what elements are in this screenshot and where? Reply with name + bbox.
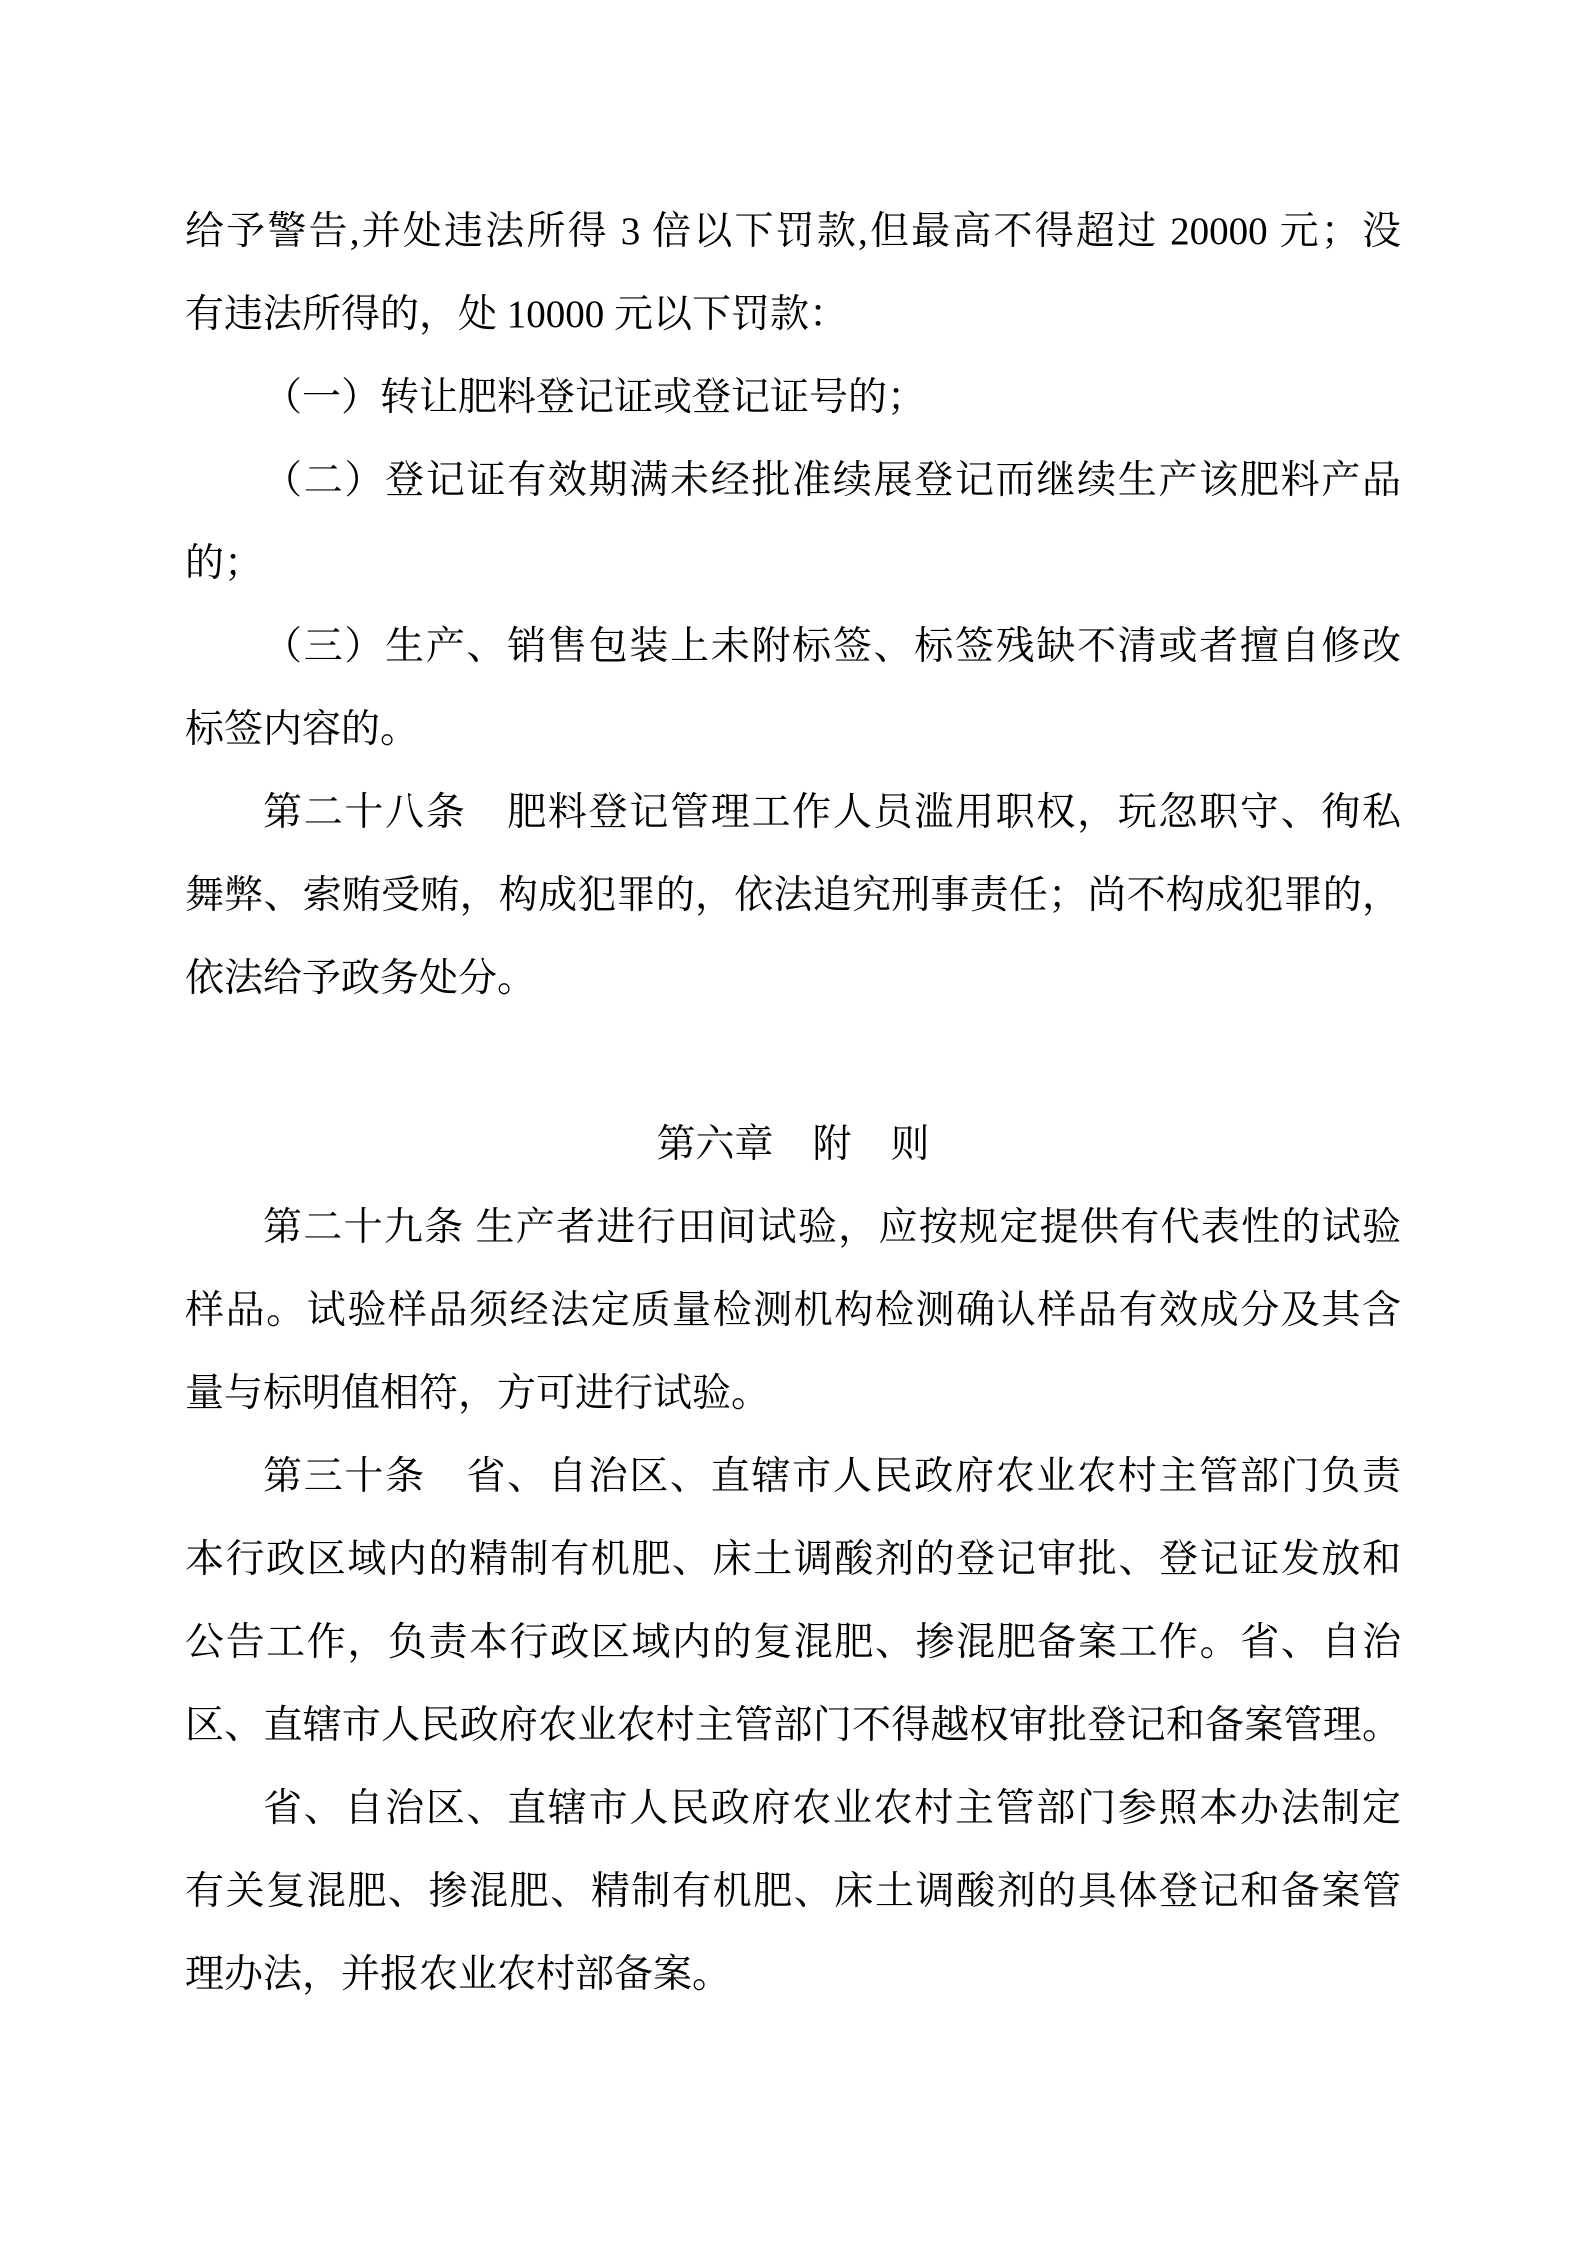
body-line: 区、直辖市人民政府农业农村主管部门不得越权审批登记和备案管理。 [185,1684,1401,1767]
article-28-line: 第二十八条 肥料登记管理工作人员滥用职权，玩忽职守、徇私 [185,771,1401,854]
article-29-line: 第二十九条 生产者进行田间试验，应按规定提供有代表性的试验 [185,1186,1401,1269]
body-line: 公告工作，负责本行政区域内的复混肥、掺混肥备案工作。省、自治 [185,1601,1401,1684]
body-line: 省、自治区、直辖市人民政府农业农村主管部门参照本办法制定 [185,1767,1401,1850]
body-line: 的； [185,522,1401,605]
body-line: 标签内容的。 [185,688,1401,771]
document-page: 给予警告,并处违法所得 3 倍以下罚款,但最高不得超过 20000 元；没 有违… [0,0,1587,2245]
body-line: 理办法，并报农业农村部备案。 [185,1933,1401,2016]
body-line: 舞弊、索贿受贿，构成犯罪的，依法追究刑事责任；尚不构成犯罪的， [185,854,1401,937]
body-line: 给予警告,并处违法所得 3 倍以下罚款,但最高不得超过 20000 元；没 [185,190,1401,273]
body-line: 依法给予政务处分。 [185,937,1401,1020]
body-line: 有违法所得的，处 10000 元以下罚款： [185,273,1401,356]
chapter-heading: 第六章 附 则 [185,1103,1401,1186]
body-line: 量与标明值相符，方可进行试验。 [185,1352,1401,1435]
blank-line [185,1020,1401,1103]
body-line: 有关复混肥、掺混肥、精制有机肥、床土调酸剂的具体登记和备案管 [185,1850,1401,1933]
document-text-block: 给予警告,并处违法所得 3 倍以下罚款,但最高不得超过 20000 元；没 有违… [185,190,1401,2016]
article-30-line: 第三十条 省、自治区、直辖市人民政府农业农村主管部门负责 [185,1435,1401,1518]
list-item-one: （一）转让肥料登记证或登记证号的； [185,356,1401,439]
body-line: 样品。试验样品须经法定质量检测机构检测确认样品有效成分及其含 [185,1269,1401,1352]
list-item-two: （二）登记证有效期满未经批准续展登记而继续生产该肥料产品 [185,439,1401,522]
body-line: 本行政区域内的精制有机肥、床土调酸剂的登记审批、登记证发放和 [185,1518,1401,1601]
list-item-three: （三）生产、销售包装上未附标签、标签残缺不清或者擅自修改 [185,605,1401,688]
